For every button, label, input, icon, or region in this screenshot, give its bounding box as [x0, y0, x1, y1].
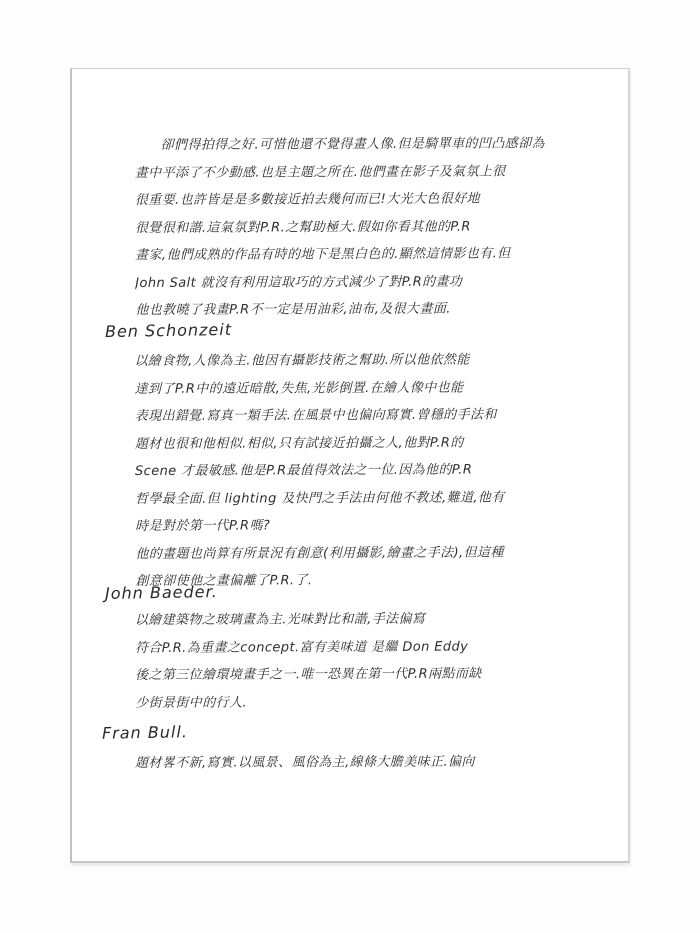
ben-schonzeit-paragraph: 以繪食物,人像為主.他因有攝影技術之幫助.所以他依然能 達到了P.R中的遠近暗散…	[134, 346, 587, 595]
handwritten-line: 以繪食物,人像為主.他因有攝影技術之幫助.所以他依然能	[134, 346, 586, 375]
handwritten-line: 題材也很和他相似.相似,只有試接近拍攝之人,他對P.R的	[135, 429, 587, 458]
handwritten-line: Scene 才最敏感.他是P.R最值得效法之一位.因為他的P.R	[135, 456, 587, 485]
intro-paragraph: 卻們得拍得之好.可惜他還不覺得畫人像.但是騎單車的凹凸感卻為 畫中平添了不少動感…	[135, 130, 588, 324]
handwritten-line: John Salt 就沒有利用這取巧的方式減少了對P.R的畫功	[135, 268, 587, 297]
handwritten-line: 表現出錯覺.寫真一類手法.在風景中也偏向寫實.曾穩的手法和	[135, 401, 587, 430]
section-heading-john-baeder: John Baeder.	[105, 582, 218, 603]
handwritten-line: 畫中平添了不少動感.也是主題之所在.他們畫在影子及氣氛上很	[135, 158, 587, 187]
section-heading-fran-bull: Fran Bull.	[102, 722, 188, 742]
section-heading-ben-schonzeit: Ben Schonzeit	[105, 320, 232, 341]
scan-background: 卻們得拍得之好.可惜他還不覺得畫人像.但是騎單車的凹凸感卻為 畫中平添了不少動感…	[0, 0, 700, 933]
handwritten-line: 很覺很和諧.這氣氛對P.R.之幫助極大.假如你看其他的P.R	[135, 213, 587, 242]
handwritten-line: 題材畧不新,寫實.以風景、風俗為主,線條大膽美味正.偏向	[135, 748, 587, 777]
handwritten-line: 以繪建築物之玻璃畫為主.光味對比和諧,手法偏寫	[135, 605, 587, 634]
handwritten-line: 卻們得拍得之好.可惜他還不覺得畫人像.但是騎單車的凹凸感卻為	[135, 130, 587, 159]
handwritten-line: 時是對於第一代P.R嗎?	[135, 511, 587, 540]
scanned-page: 卻們得拍得之好.可惜他還不覺得畫人像.但是騎單車的凹凸感卻為 畫中平添了不少動感…	[70, 68, 630, 863]
handwritten-line: 後之第三位繪環境畫手之一.唯一恐異在第一代P.R兩點而缺	[135, 660, 587, 689]
handwritten-line: 很重要.也許皆是是多數接近拍去幾何而已!大光大色很好地	[135, 185, 587, 214]
handwritten-line: 符合P.R.為重畫之concept.富有美味道 是繼 Don Eddy	[135, 633, 587, 662]
john-baeder-paragraph: 以繪建築物之玻璃畫為主.光味對比和諧,手法偏寫 符合P.R.為重畫之concep…	[135, 605, 587, 717]
fran-bull-paragraph: 題材畧不新,寫實.以風景、風俗為主,線條大膽美味正.偏向	[135, 748, 587, 777]
handwritten-line: 畫家,他們成熟的作品有時的地下是黑白色的.顯然這情影也有.但	[135, 240, 587, 269]
handwritten-line: 達到了P.R中的遠近暗散,失焦,光影倒置.在繪人像中也能	[135, 374, 587, 403]
handwritten-line: 哲學最全面.但 lighting 及快門之手法由何他不教述,難道,他有	[135, 484, 587, 513]
handwritten-line: 他的畫題也尚算有所景況有創意(利用攝影,繪畫之手法),但這種	[135, 539, 587, 568]
handwritten-line: 少街景街中的行人.	[135, 688, 587, 717]
